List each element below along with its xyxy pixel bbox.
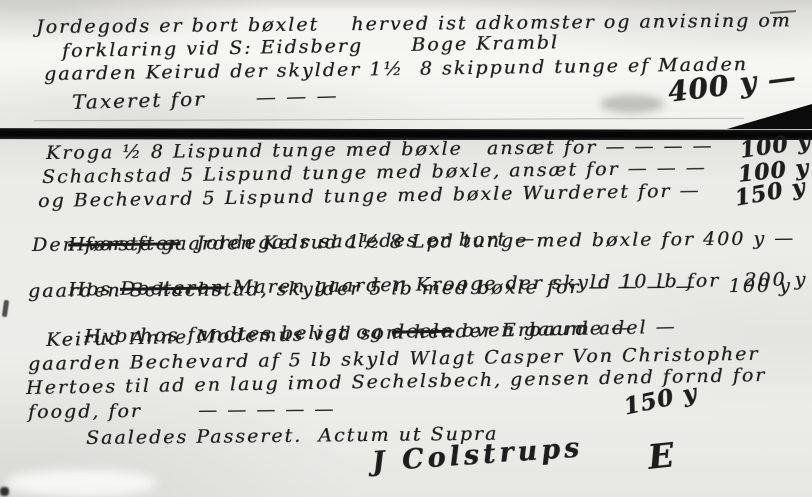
paper-stain — [600, 95, 664, 113]
faint-pencil-line — [34, 118, 744, 121]
manuscript-scan: Jordegods er bort bøxlet herved ist adko… — [0, 0, 812, 497]
top-scan-strip: Jordegods er bort bøxlet herved ist adko… — [0, 0, 812, 129]
ink-speck — [0, 487, 9, 496]
handwritten-line: foogd, for — — — — — — [28, 398, 335, 423]
page-corner-shadow — [727, 104, 812, 129]
handwritten-line: Taxeret for — — — — [72, 83, 339, 114]
paper-light-patch — [6, 470, 156, 496]
signature-flourish: E — [646, 435, 678, 478]
